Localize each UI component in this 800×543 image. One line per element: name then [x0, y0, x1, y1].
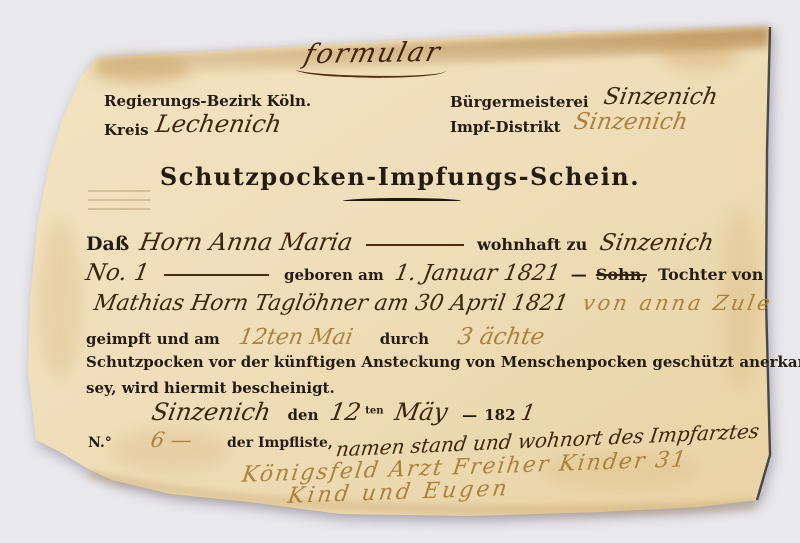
body-line-5: Schutzpocken vor der künftigen Ansteckun…	[86, 352, 800, 371]
district-label: Impf-Distrikt	[450, 118, 561, 136]
body-line-4: geimpft und am 12ten Mai durch 3 ächte	[86, 324, 544, 350]
dateline-day: 12	[327, 398, 362, 426]
kreis-label: Kreis	[104, 121, 149, 139]
region-label: Regierungs-Bezirk Köln.	[104, 92, 311, 110]
kreis-value: Lechenich	[153, 110, 283, 138]
dateline-dash: —	[462, 406, 477, 424]
document-title: Schutzpocken-Impfungs-Schein.	[160, 162, 640, 191]
year-printed: 182	[484, 406, 515, 424]
son-label-struck: Sohn,	[596, 265, 647, 284]
list-number-row: N.° 6 — der Impfliste,	[88, 428, 333, 452]
title-underline	[343, 198, 461, 201]
ten-suffix: ten	[365, 406, 383, 417]
body-line-1: Daß Horn Anna Maria wohnhaft zu Sinzenic…	[86, 228, 714, 256]
pock-count: 3 ächte	[456, 324, 547, 350]
list-label: der Impfliste,	[227, 435, 333, 451]
dash: —	[571, 265, 587, 284]
list-number-value: 6 —	[149, 428, 194, 452]
resident-label: wohnhaft zu	[477, 235, 587, 254]
that-label: Daß	[86, 233, 129, 255]
mayoralty-label: Bürgermeisterei	[450, 93, 589, 111]
through-label: durch	[380, 330, 429, 348]
district-value: Sinzenich	[571, 109, 689, 135]
age-spot	[38, 220, 82, 380]
born-label: geboren am	[284, 266, 384, 284]
body-line-6: sey, wird hiermit bescheinigt.	[86, 378, 335, 397]
number-label: N.°	[88, 435, 112, 451]
child-name: Horn Anna Maria	[138, 228, 355, 256]
bleed-through-mark	[88, 190, 150, 216]
vaccination-date: 12ten Mai	[237, 325, 355, 350]
header-kreis: Kreis Lechenich	[104, 113, 281, 141]
dateline-month: Mäy	[392, 398, 449, 426]
protection-line: Schutzpocken vor der künftigen Ansteckun…	[86, 353, 800, 371]
header-district: Impf-Distrikt Sinzenich	[450, 112, 687, 138]
daughter-label: Tochter von	[658, 265, 763, 284]
age-spot	[90, 56, 190, 84]
age-spot	[660, 39, 740, 71]
residence-value: Sinzenich	[598, 230, 716, 256]
dateline: Sinzenich den 12 ten Mäy — 182 1	[152, 398, 535, 426]
header-region: Regierungs-Bezirk Köln.	[104, 91, 311, 110]
number-value: No. 1	[84, 260, 151, 286]
scanned-document: formular Regierungs-Bezirk Köln. Kreis L…	[0, 0, 800, 543]
body-line-3: Mathias Horn Taglöhner am 30 April 1821 …	[94, 291, 773, 316]
year-digit: 1	[518, 401, 536, 426]
birth-date: 1. Januar 1821	[393, 261, 562, 286]
document-title-row: Schutzpocken-Impfungs-Schein.	[0, 162, 800, 191]
certify-line: sey, wird hiermit bescheinigt.	[86, 379, 335, 397]
blank-rule	[164, 274, 269, 276]
mayoralty-value: Sinzenich	[601, 84, 719, 110]
vaccinated-label: geimpft und am	[86, 330, 220, 348]
body-line-2: No. 1 geboren am 1. Januar 1821 — Sohn, …	[86, 260, 763, 286]
parent-entry: Mathias Horn Taglöhner am 30 April 1821	[92, 291, 570, 316]
blank-rule	[366, 244, 464, 246]
parent-entry-faded: von anna Zule	[581, 291, 775, 315]
dateline-place: Sinzenich	[150, 398, 273, 426]
den-label: den	[288, 406, 319, 424]
